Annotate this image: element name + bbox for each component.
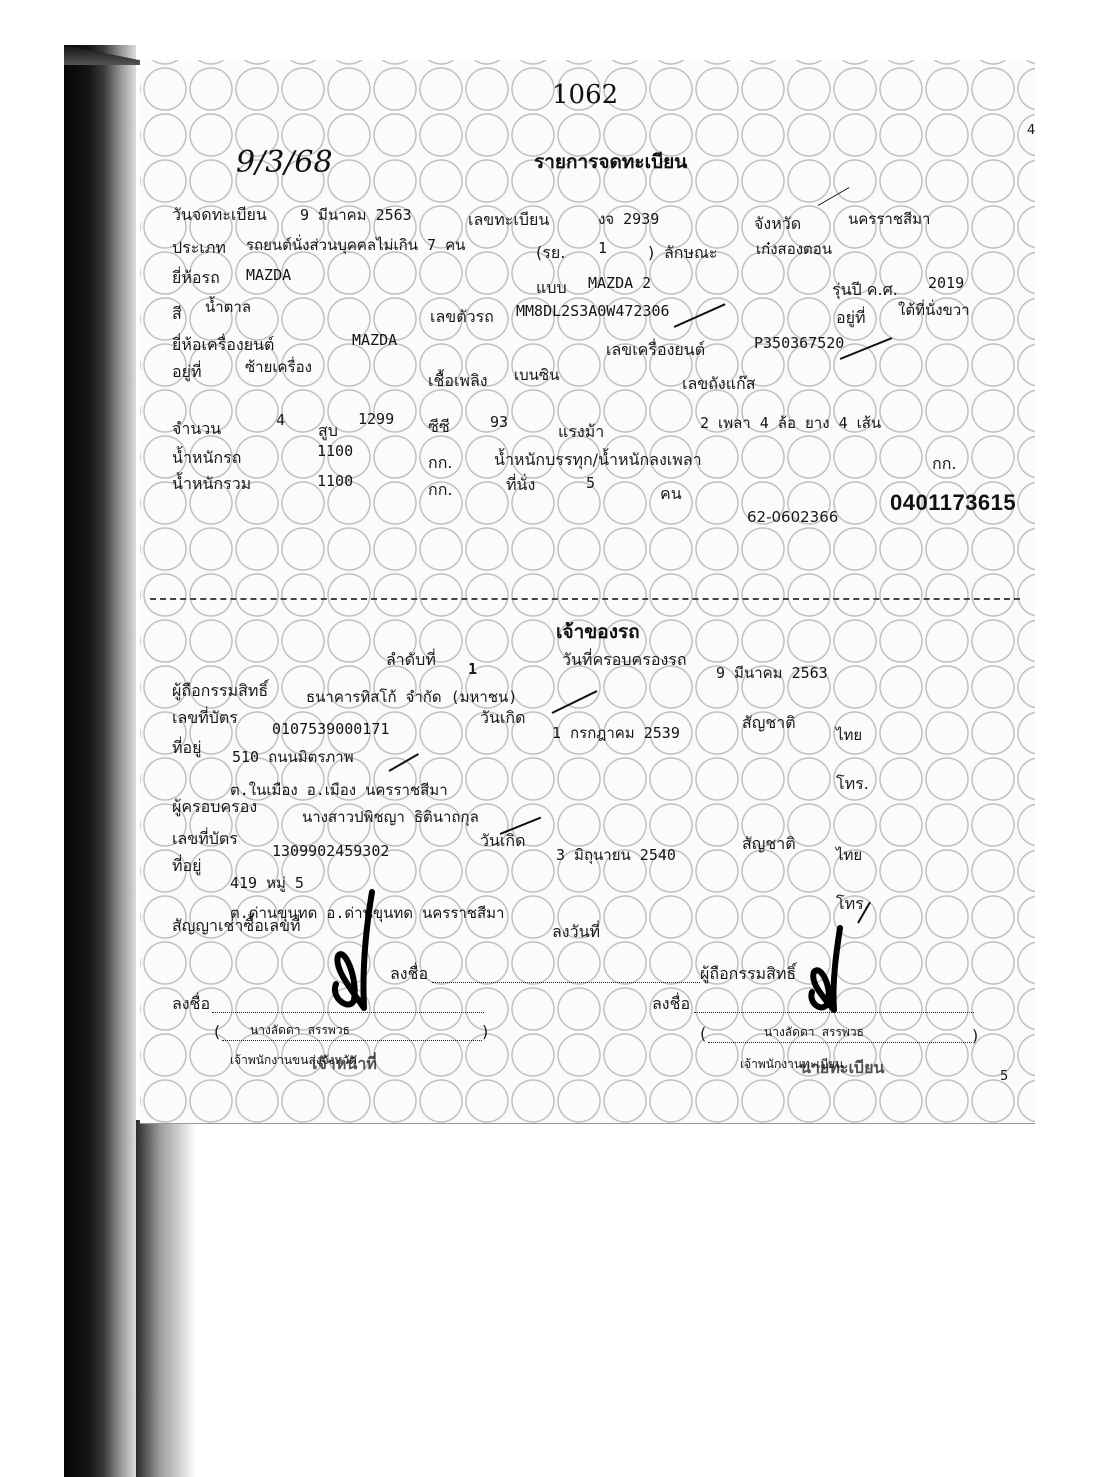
right-sign-label: ลงชื่อ [652, 996, 690, 1012]
vehicle-weight-label: น้ำหนักรถ [172, 450, 241, 466]
cc-value: 1299 [358, 412, 394, 427]
body-value: เก๋งสองตอน [756, 242, 832, 257]
vehicle-weight-value: 1100 [317, 444, 353, 459]
plate-label: เลขทะเบียน [468, 212, 549, 228]
left-paren-close: ) [482, 1024, 488, 1040]
possessor-address-label: ที่อยู่ [172, 858, 202, 874]
type-code-close: ) [648, 245, 654, 261]
plate-value: งจ 2939 [598, 212, 659, 227]
vehicle-weight-unit: กก. [428, 455, 452, 471]
owner-value: ธนาคารทิสโก้ จำกัด (มหาชน) [306, 690, 517, 705]
vin-label: เลขตัวรถ [430, 309, 494, 325]
left-paren-open: ( [214, 1024, 220, 1040]
gas-tank-label: เลขถังแก๊ส [682, 376, 755, 392]
model-label: แบบ [536, 280, 567, 296]
owner-birth-label: วันเกิด [480, 710, 525, 726]
type-value: รถยนต์นั่งส่วนบุคคลไม่เกิน 7 คน [246, 238, 465, 253]
scan-binding-shadow [64, 45, 136, 1477]
owner-phone-label: โทร. [836, 776, 869, 792]
form-number: 62-0602366 [747, 510, 838, 525]
owner-sign-role: ผู้ถือกรรมสิทธิ์ [700, 966, 796, 982]
owner-nationality-value: ไทย [836, 728, 862, 743]
load-weight-unit: กก. [932, 456, 956, 472]
possessor-address-line1: 419 หมู่ 5 [230, 876, 304, 891]
engine-location-label: อยู่ที่ [172, 364, 202, 380]
scan-shadow-fade [136, 1120, 196, 1477]
left-sign-label: ลงชื่อ [172, 996, 210, 1012]
engine-brand-label: ยี่ห้อเครื่องยนต์ [172, 337, 274, 353]
possession-date-value: 9 มีนาคม 2563 [716, 666, 828, 681]
perforation-line [150, 598, 1020, 600]
axles-wheels-tires: 2 เพลา 4 ล้อ ยาง 4 เส้น [700, 416, 881, 431]
cc-label: ซีซี [428, 419, 450, 435]
document-title: รายการจดทะเบียน [534, 153, 687, 172]
left-official-name: นางลัดดา สรรพวธ [250, 1024, 350, 1036]
owner-section-title: เจ้าของรถ [556, 623, 640, 642]
possession-date-label: วันที่ครอบครองรถ [562, 652, 687, 668]
owner-address-line2: ต.ในเมือง อ.เมือง นครราชสีมา [230, 783, 448, 798]
lease-contract-label: สัญญาเช่าซื้อเลขที่ [172, 918, 301, 934]
brand-label: ยี่ห้อรถ [172, 270, 220, 286]
hp-label: แรงม้า [558, 424, 604, 440]
right-paren-close: ) [972, 1028, 978, 1044]
cylinders-value: 4 [276, 413, 285, 428]
left-name-line [222, 1040, 482, 1041]
seats-label: ที่นั่ง [506, 477, 535, 493]
fuel-label: เชื้อเพลิง [428, 373, 488, 389]
page-top-number: 1062 [552, 82, 618, 108]
official-signature-left [320, 888, 400, 1016]
possessor-id-label: เลขที่บัตร [172, 831, 238, 847]
possessor-label: ผู้ครอบครอง [172, 799, 257, 815]
right-paren-open: ( [700, 1026, 706, 1042]
reg-date-label: วันจดทะเบียน [172, 207, 267, 223]
left-overstamp: เจ้าหน้าที่ [312, 1056, 377, 1072]
vin-location-value: ใต้ที่นั่งขวา [898, 303, 970, 318]
cylinders-label: จำนวน [172, 421, 221, 437]
engine-no-value: P350367520 [754, 336, 844, 351]
order-value: 1 [468, 662, 477, 677]
type-code-open: (รย. [536, 245, 565, 261]
total-weight-value: 1100 [317, 474, 353, 489]
barcode [875, 512, 1051, 564]
order-label: ลำดับที่ [386, 652, 436, 668]
seats-unit: คน [660, 486, 682, 502]
total-weight-label: น้ำหนักรวม [172, 476, 251, 492]
engine-no-label: เลขเครื่องยนต์ [606, 342, 705, 358]
owner-id-value: 0107539000171 [272, 722, 389, 737]
color-value: น้ำตาล [205, 300, 251, 315]
body-label: ลักษณะ [664, 245, 717, 261]
load-weight-label: น้ำหนักบรรทุก/น้ำหนักลงเพลา [494, 452, 702, 468]
cylinders-unit: สูบ [318, 423, 338, 439]
hp-value: 93 [490, 415, 508, 430]
owner-sign-line [432, 982, 700, 983]
owner-address-label: ที่อยู่ [172, 740, 202, 756]
official-signature-right [802, 924, 872, 1016]
owner-label: ผู้ถือกรรมสิทธิ์ [172, 683, 268, 699]
possessor-nationality-value: ไทย [836, 848, 862, 863]
total-weight-unit: กก. [428, 482, 452, 498]
right-official-name: นางลัดดา สรรพวธ [764, 1026, 864, 1038]
owner-birth-value: 1 กรกฎาคม 2539 [552, 726, 680, 741]
vin-location-label: อยู่ที่ [836, 310, 866, 326]
vin-value: MM8DL2S3A0W472306 [516, 304, 670, 319]
right-name-line [708, 1042, 972, 1043]
brand-value: MAZDA [246, 268, 291, 283]
seats-value: 5 [586, 476, 595, 491]
possessor-id-value: 1309902459302 [272, 844, 389, 859]
reg-date-value: 9 มีนาคม 2563 [300, 208, 412, 223]
right-overstamp: นายทะเบียน [800, 1060, 884, 1076]
handwritten-date: 9/3/68 [236, 148, 333, 178]
possessor-nationality-label: สัญชาติ [742, 836, 796, 852]
barcode-number: 0401173615 [890, 492, 1016, 514]
fuel-value: เบนซิน [514, 368, 559, 383]
owner-nationality-label: สัญชาติ [742, 715, 796, 731]
model-value: MAZDA 2 [588, 276, 651, 291]
engine-brand-value: MAZDA [352, 333, 397, 348]
possessor-value: นางสาวปพิชญา ธิตินาถกุล [302, 810, 479, 825]
owner-id-label: เลขที่บัตร [172, 710, 238, 726]
possessor-birth-value: 3 มิถุนายน 2540 [556, 848, 676, 863]
province-label: จังหวัด [754, 216, 801, 232]
province-value: นครราชสีมา [848, 212, 930, 227]
sign-date-label: ลงวันที่ [552, 924, 600, 940]
color-label: สี [172, 306, 182, 322]
corner-page-number-bottom: 5 [1000, 1070, 1008, 1083]
year-value: 2019 [928, 276, 964, 291]
possessor-birth-label: วันเกิด [480, 833, 525, 849]
corner-page-number-top: 4 [1027, 124, 1035, 137]
type-label: ประเภท [172, 240, 226, 256]
owner-address-line1: 510 ถนนมิตรภาพ [232, 750, 354, 765]
year-label: รุ่นปี ค.ศ. [832, 282, 898, 298]
type-code-value: 1 [598, 241, 607, 256]
engine-location-value: ซ้ายเครื่อง [245, 360, 312, 375]
